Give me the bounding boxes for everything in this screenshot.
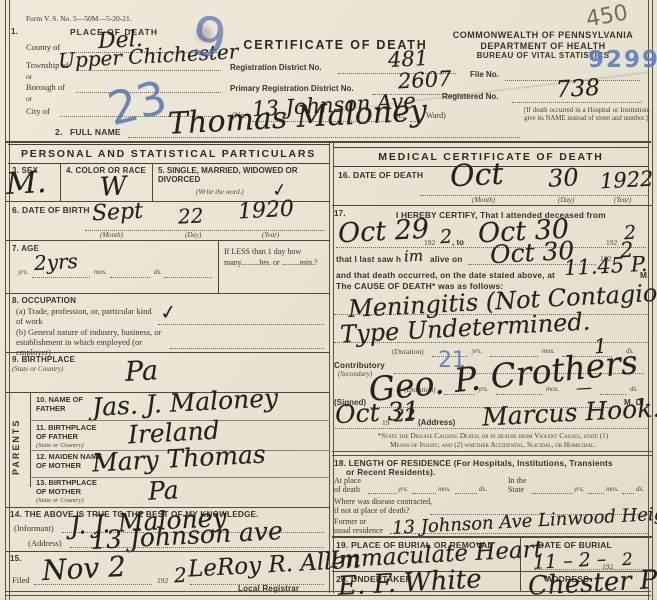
of-death-label: of death bbox=[334, 485, 360, 494]
occupation-a-checkmark: ✓ bbox=[158, 299, 178, 325]
signed-year-value: 22 bbox=[393, 405, 416, 426]
registered-no-value: 738 bbox=[555, 75, 600, 103]
year-print-19: 19 bbox=[382, 418, 390, 427]
informant-label: (Informant) bbox=[14, 523, 54, 533]
age-yrs-caption: yrs. bbox=[18, 268, 28, 276]
attended-from-year: 2 bbox=[439, 226, 452, 249]
dob-day-value: 22 bbox=[177, 203, 204, 228]
date-of-death-label: 16. DATE OF DEATH bbox=[338, 170, 423, 180]
res-mos: mos. bbox=[438, 485, 451, 493]
last-saw-him: im bbox=[404, 247, 424, 266]
form-number: Form V. S. No. 5—50M—5-20-21. bbox=[26, 14, 132, 23]
dotted-line bbox=[412, 492, 436, 494]
birthplace-hint: (State or Country) bbox=[12, 365, 63, 373]
parents-side-label: PARENTS bbox=[11, 405, 21, 475]
res-ds: ds. bbox=[479, 485, 487, 493]
physician-address-value: Marcus Hook. bbox=[481, 393, 657, 431]
dotted-line bbox=[32, 276, 90, 278]
death-occurred-text: and that death occurred, on the date sta… bbox=[336, 270, 555, 280]
mother-name-value: Mary Thomas bbox=[91, 439, 266, 477]
alive-on-text: alive on bbox=[430, 254, 463, 264]
birthplace-value: Pa bbox=[124, 355, 159, 388]
in-the-label: In the bbox=[508, 476, 526, 485]
former-residence-label-line2: usual residence bbox=[334, 526, 383, 535]
attended-from-value: Oct 29 bbox=[337, 214, 430, 250]
full-name-label: FULL NAME bbox=[70, 127, 121, 137]
race-value: W bbox=[99, 171, 127, 202]
hospital-note: [If death occurred in a Hospital or Inst… bbox=[524, 107, 650, 123]
dotted-line bbox=[368, 492, 396, 494]
state-ds: ds. bbox=[636, 485, 644, 493]
informant-address-label: (Address) bbox=[28, 538, 62, 548]
father-name-label: 10. NAME OF FATHER bbox=[36, 396, 98, 413]
duration2-ds: ds. bbox=[630, 385, 638, 393]
divider-line bbox=[332, 536, 652, 538]
father-birthplace-hint: (State or Country) bbox=[36, 442, 84, 449]
day-caption: (Day) bbox=[558, 196, 574, 204]
contracted-label-line2: if not at place of death? bbox=[334, 506, 409, 515]
pencil-mark-450: 450 bbox=[584, 1, 630, 33]
month-caption: (Month) bbox=[100, 231, 123, 239]
dotted-line bbox=[622, 492, 634, 494]
day-caption: (Day) bbox=[185, 231, 201, 239]
age-mos-caption: mos. bbox=[94, 268, 107, 276]
county-label: County of bbox=[26, 42, 60, 52]
footnote-line2: Means of Injury; and (2) whether Acciden… bbox=[336, 441, 650, 449]
divider-line bbox=[218, 240, 219, 293]
month-caption: (Month) bbox=[472, 196, 495, 204]
dob-label: 6. DATE OF BIRTH bbox=[12, 205, 90, 215]
year-caption: (Year) bbox=[262, 231, 279, 239]
death-certificate: Form V. S. No. 5—50M—5-20-21. 1. PLACE O… bbox=[0, 0, 657, 600]
age-note: If LESS than 1 day how many.........hrs.… bbox=[224, 246, 324, 268]
divider-line bbox=[6, 240, 330, 241]
contracted-label-line1: Where was disease contracted, bbox=[334, 497, 432, 506]
marital-label: 5. SINGLE, MARRIED, WIDOWED OR DIVORCED bbox=[158, 166, 326, 184]
dob-year-value: 1920 bbox=[237, 197, 294, 225]
at-place-label: At place bbox=[334, 476, 361, 485]
ward-label: Ward) bbox=[426, 111, 446, 120]
res-yrs: yrs. bbox=[398, 485, 408, 493]
dotted-line bbox=[455, 492, 477, 494]
divider-line bbox=[6, 293, 330, 294]
local-registrar-label: Local Registrar bbox=[238, 584, 299, 593]
mother-birthplace-label: 13. BIRTHPLACE OF MOTHER bbox=[36, 479, 106, 496]
item15-number: 15. bbox=[10, 554, 22, 563]
filed-label: Filed bbox=[12, 575, 29, 585]
full-name-value: Thomas Maloney bbox=[167, 93, 427, 142]
item17-number: 17. bbox=[334, 209, 346, 218]
or-label: or bbox=[26, 94, 32, 103]
dotted-line bbox=[164, 276, 212, 278]
dod-year-value: 1922 bbox=[599, 167, 654, 194]
filed-year-value: 2 bbox=[173, 563, 187, 588]
or-label: or bbox=[26, 72, 32, 81]
address-label: (Address) bbox=[418, 418, 455, 427]
full-name-number: 2. bbox=[55, 127, 63, 137]
undertaker-value: E. F. White bbox=[337, 564, 482, 600]
reg-district-label: Registration District No. bbox=[230, 63, 322, 72]
divider-line bbox=[332, 205, 652, 206]
divider-line bbox=[152, 163, 153, 201]
occupation-label: 8. OCCUPATION bbox=[12, 296, 76, 305]
former-residence-label-line1: Former or bbox=[334, 517, 366, 526]
commonwealth-line: COMMONWEALTH OF PENNSYLVANIA bbox=[432, 30, 654, 40]
mother-birthplace-value: Pa bbox=[147, 475, 179, 506]
borough-label: Borough of bbox=[26, 82, 65, 92]
file-stamp-number: 92993 bbox=[588, 47, 657, 73]
state-label: State bbox=[508, 485, 524, 494]
mother-birthplace-hint: (State or Country) bbox=[36, 497, 84, 504]
divider-line bbox=[5, 141, 651, 143]
city-label: City of bbox=[26, 106, 50, 116]
duration-yrs: yrs. bbox=[472, 347, 482, 355]
occupation-a-label: (a) Trade, profession, or, particular ki… bbox=[16, 306, 156, 326]
dotted-line bbox=[158, 323, 324, 325]
father-birthplace-label: 11. BIRTHPLACE OF FATHER bbox=[36, 424, 106, 441]
father-name-value: Jas. J. Maloney bbox=[91, 383, 278, 422]
birthplace-label: 9. BIRTHPLACE bbox=[12, 355, 75, 364]
divider-line bbox=[6, 352, 330, 353]
age-ds-caption: ds. bbox=[154, 268, 162, 276]
primary-district-label: Primary Registration District No. bbox=[230, 84, 354, 93]
dob-month-value: Sept bbox=[91, 199, 143, 227]
divider-line bbox=[60, 163, 61, 201]
registered-no-label: Registered No. bbox=[442, 92, 498, 101]
last-saw-text: that I last saw h bbox=[336, 254, 401, 264]
footnote-line1: *State the Disease Causing Death; or in … bbox=[336, 432, 650, 440]
sex-value: M. bbox=[5, 165, 47, 202]
file-no-label: File No. bbox=[470, 70, 499, 79]
divider-line bbox=[30, 392, 31, 487]
item1-number: 1. bbox=[11, 27, 18, 36]
dotted-line bbox=[532, 492, 572, 494]
marital-hint: (Write the word.) bbox=[196, 188, 244, 196]
dod-day-value: 30 bbox=[547, 163, 579, 193]
filed-year-print: 192 bbox=[157, 576, 168, 585]
age-value: 2yrs bbox=[33, 249, 78, 275]
death-time-value: 11.45 P. bbox=[563, 252, 647, 280]
filed-date-value: Nov 2 bbox=[41, 550, 127, 587]
state-yrs: yrs. bbox=[574, 485, 584, 493]
stamp-smudge bbox=[196, 26, 212, 42]
year-caption: (Year) bbox=[614, 196, 631, 204]
dotted-line bbox=[170, 347, 324, 349]
duration-caption: (Duration) bbox=[392, 347, 424, 356]
dotted-line bbox=[588, 492, 604, 494]
divider-line bbox=[332, 451, 652, 456]
dod-month-value: Oct bbox=[449, 157, 504, 195]
state-mos: mos. bbox=[606, 485, 619, 493]
personal-banner: PERSONAL AND STATISTICAL PARTICULARS bbox=[8, 144, 329, 164]
dotted-line bbox=[335, 427, 648, 429]
dotted-line bbox=[110, 276, 150, 278]
